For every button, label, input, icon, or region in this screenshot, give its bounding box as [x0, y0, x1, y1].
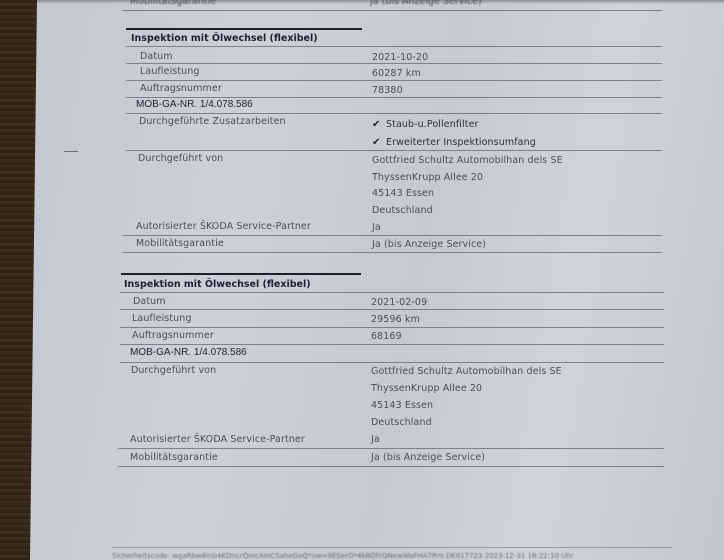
laufleistung-value: 60287 km — [372, 68, 421, 79]
row-divider — [122, 235, 662, 236]
row-divider — [126, 46, 662, 47]
section-title: Inspektion mit Ölwechsel (flexibel) — [131, 33, 318, 44]
dealer-country: Deutschland — [372, 205, 433, 216]
checkmark-icon: ✔ — [372, 137, 384, 148]
section-heading-rule — [121, 273, 361, 275]
row-divider — [122, 252, 662, 253]
datum-label: Datum — [140, 51, 173, 62]
section-heading-rule — [126, 28, 362, 30]
mobilitaetsgarantie-label: Mobilitätsgarantie — [130, 452, 218, 463]
mob-ga-nr: MOB-GA-NR. 1/4.078.586 — [130, 347, 247, 358]
dealer-name: Gottfried Schultz Automobilhan dels SE — [371, 366, 562, 377]
auftragsnummer-label: Auftragsnummer — [140, 83, 222, 94]
zusatzarbeit-item: ✔Erweiterter Inspektionsumfang — [372, 137, 536, 148]
row-divider — [126, 150, 662, 151]
row-divider — [118, 466, 664, 467]
row-divider — [126, 113, 662, 114]
zusatzarbeiten-label: Durchgeführte Zusatzarbeiten — [139, 116, 286, 127]
row-divider — [122, 10, 662, 11]
checkmark-icon: ✔ — [372, 119, 384, 130]
dealer-street: ThyssenKrupp Allee 20 — [372, 172, 483, 183]
dealer-street: ThyssenKrupp Allee 20 — [371, 383, 482, 394]
mobilitaetsgarantie-value: Ja (bis Anzeige Service) — [371, 452, 485, 463]
laufleistung-value: 29596 km — [371, 314, 420, 325]
auftragsnummer-value: 78380 — [372, 85, 403, 96]
mobilitaetsgarantie-value: Ja (bis Anzeige Service) — [372, 239, 486, 250]
dealer-city: 45143 Essen — [371, 400, 433, 411]
row-divider — [120, 362, 664, 363]
row-divider — [120, 327, 664, 328]
auftragsnummer-label: Auftragsnummer — [132, 330, 214, 341]
margin-mark — [64, 151, 78, 152]
zusatzarbeit-label: Erweiterter Inspektionsumfang — [386, 137, 536, 148]
partner-label: Autorisierter ŠKODA Service-Partner — [130, 434, 305, 445]
top-partial-value: Ja (bis Anzeige Service) — [370, 0, 482, 7]
partner-label: Autorisierter ŠKODA Service-Partner — [136, 221, 311, 232]
dealer-city: 45143 Essen — [372, 188, 434, 199]
row-divider — [126, 80, 662, 81]
laufleistung-label: Laufleistung — [140, 66, 200, 77]
row-divider — [120, 309, 664, 310]
footer-rule — [112, 547, 672, 548]
datum-value: 2021-02-09 — [371, 297, 427, 308]
row-divider — [118, 448, 664, 449]
partner-value: Ja — [371, 434, 380, 445]
row-divider — [126, 97, 662, 98]
row-divider — [120, 292, 664, 293]
durchgefuehrt-von-label: Durchgeführt von — [131, 365, 216, 376]
row-divider — [120, 344, 664, 345]
footer-security-code: Sicherheitscode: wgaRbw8inb4KDncrQmcAmCS… — [112, 552, 574, 560]
partner-value: Ja — [372, 222, 381, 233]
mob-ga-nr: MOB-GA-NR. 1/4.078.586 — [136, 99, 253, 110]
laufleistung-label: Laufleistung — [132, 313, 192, 324]
row-divider — [126, 63, 662, 64]
zusatzarbeit-item: ✔Staub-u.Pollenfilter — [372, 119, 479, 130]
auftragsnummer-value: 68169 — [371, 331, 402, 342]
dealer-name: Gottfried Schultz Automobilhan dels SE — [372, 155, 563, 166]
mobilitaetsgarantie-label: Mobilitätsgarantie — [136, 238, 224, 249]
durchgefuehrt-von-label: Durchgeführt von — [138, 153, 223, 164]
dealer-country: Deutschland — [371, 417, 432, 428]
datum-label: Datum — [133, 296, 166, 307]
top-partial-label: Mobilitätsgarantie — [130, 0, 216, 7]
zusatzarbeit-label: Staub-u.Pollenfilter — [386, 119, 479, 130]
datum-value: 2021-10-20 — [372, 52, 428, 63]
section-title: Inspektion mit Ölwechsel (flexibel) — [124, 279, 311, 290]
